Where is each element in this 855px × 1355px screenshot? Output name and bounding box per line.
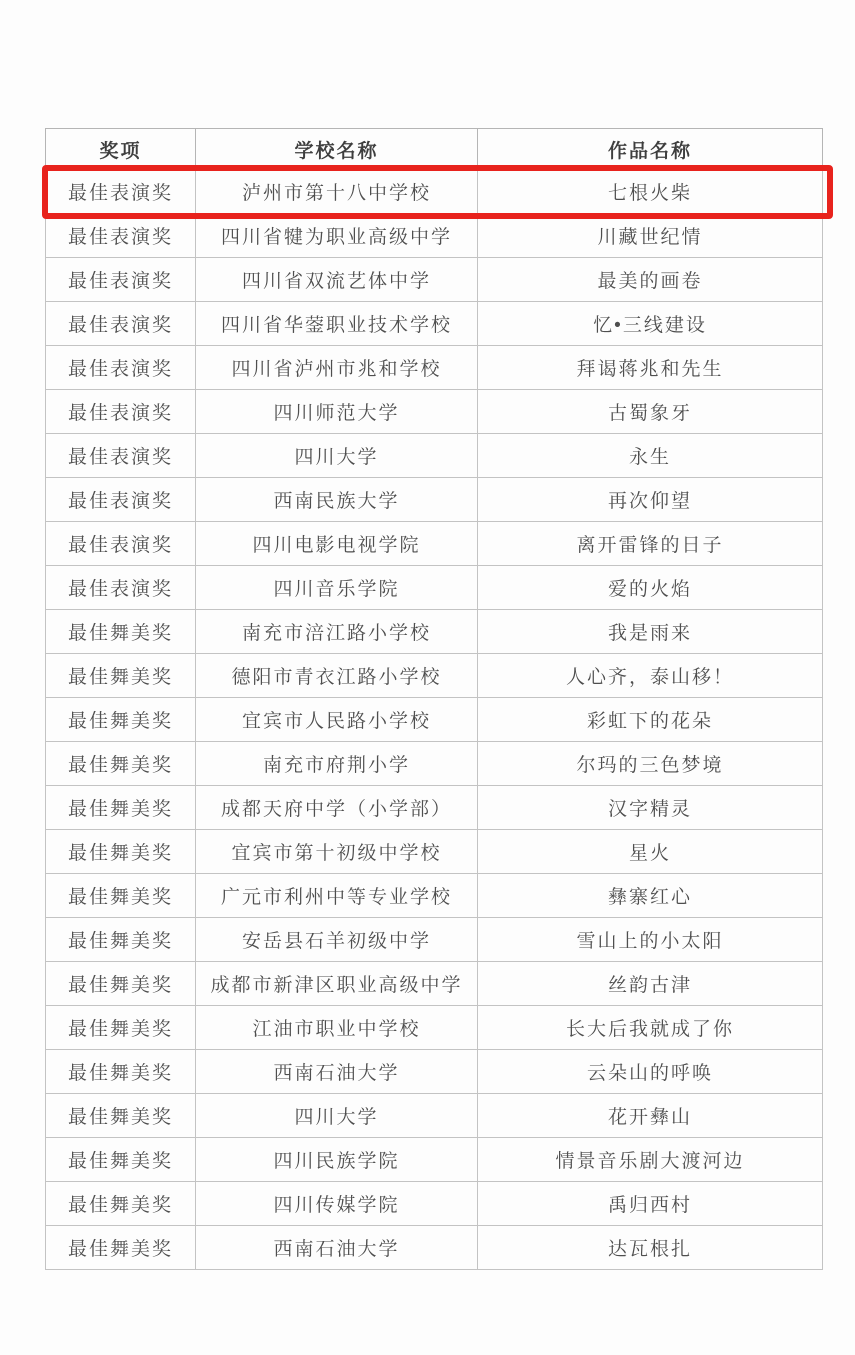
award-cell: 最佳舞美奖	[46, 874, 196, 918]
award-cell: 最佳舞美奖	[46, 698, 196, 742]
award-cell: 最佳舞美奖	[46, 742, 196, 786]
work-cell: 情景音乐剧大渡河边	[478, 1138, 823, 1182]
award-cell: 最佳舞美奖	[46, 1050, 196, 1094]
award-cell: 最佳舞美奖	[46, 1226, 196, 1270]
work-cell: 达瓦根扎	[478, 1226, 823, 1270]
table-row: 最佳表演奖 四川省双流艺体中学 最美的画卷	[46, 258, 823, 302]
school-cell: 南充市涪江路小学校	[196, 610, 478, 654]
award-cell: 最佳表演奖	[46, 258, 196, 302]
table-row: 最佳舞美奖 宜宾市第十初级中学校 星火	[46, 830, 823, 874]
school-cell: 四川省泸州市兆和学校	[196, 346, 478, 390]
work-cell: 彩虹下的花朵	[478, 698, 823, 742]
table-row: 最佳表演奖 四川省犍为职业高级中学 川藏世纪情	[46, 214, 823, 258]
school-cell: 成都天府中学（小学部）	[196, 786, 478, 830]
table-row: 最佳舞美奖 四川民族学院 情景音乐剧大渡河边	[46, 1138, 823, 1182]
award-cell: 最佳表演奖	[46, 170, 196, 214]
awards-table: 奖项 学校名称 作品名称 最佳表演奖 泸州市第十八中学校 七根火柴 最佳表演奖 …	[45, 128, 823, 1270]
award-cell: 最佳表演奖	[46, 214, 196, 258]
work-cell: 人心齐，泰山移！	[478, 654, 823, 698]
school-cell: 四川大学	[196, 1094, 478, 1138]
award-cell: 最佳舞美奖	[46, 962, 196, 1006]
school-cell: 四川民族学院	[196, 1138, 478, 1182]
school-cell: 江油市职业中学校	[196, 1006, 478, 1050]
table-row: 最佳表演奖 泸州市第十八中学校 七根火柴	[46, 170, 823, 214]
header-work: 作品名称	[478, 129, 823, 170]
school-cell: 德阳市青衣江路小学校	[196, 654, 478, 698]
table-row: 最佳表演奖 四川省华蓥职业技术学校 忆•三线建设	[46, 302, 823, 346]
awards-table-container: 奖项 学校名称 作品名称 最佳表演奖 泸州市第十八中学校 七根火柴 最佳表演奖 …	[45, 128, 822, 1270]
table-body: 最佳表演奖 泸州市第十八中学校 七根火柴 最佳表演奖 四川省犍为职业高级中学 川…	[46, 170, 823, 1270]
work-cell: 尔玛的三色梦境	[478, 742, 823, 786]
header-row: 奖项 学校名称 作品名称	[46, 129, 823, 170]
table-row: 最佳表演奖 西南民族大学 再次仰望	[46, 478, 823, 522]
award-cell: 最佳表演奖	[46, 434, 196, 478]
award-cell: 最佳表演奖	[46, 390, 196, 434]
award-cell: 最佳表演奖	[46, 478, 196, 522]
table-row: 最佳表演奖 四川大学 永生	[46, 434, 823, 478]
school-cell: 西南石油大学	[196, 1226, 478, 1270]
work-cell: 离开雷锋的日子	[478, 522, 823, 566]
school-cell: 四川音乐学院	[196, 566, 478, 610]
school-cell: 四川省双流艺体中学	[196, 258, 478, 302]
table-row: 最佳舞美奖 四川传媒学院 禹归西村	[46, 1182, 823, 1226]
work-cell: 七根火柴	[478, 170, 823, 214]
award-cell: 最佳舞美奖	[46, 1182, 196, 1226]
award-cell: 最佳舞美奖	[46, 654, 196, 698]
school-cell: 四川传媒学院	[196, 1182, 478, 1226]
school-cell: 四川大学	[196, 434, 478, 478]
school-cell: 成都市新津区职业高级中学	[196, 962, 478, 1006]
header-award: 奖项	[46, 129, 196, 170]
work-cell: 我是雨来	[478, 610, 823, 654]
work-cell: 拜谒蒋兆和先生	[478, 346, 823, 390]
table-row: 最佳表演奖 四川音乐学院 爱的火焰	[46, 566, 823, 610]
school-cell: 广元市利州中等专业学校	[196, 874, 478, 918]
award-cell: 最佳舞美奖	[46, 1138, 196, 1182]
table-row: 最佳舞美奖 南充市涪江路小学校 我是雨来	[46, 610, 823, 654]
header-school: 学校名称	[196, 129, 478, 170]
table-row: 最佳舞美奖 安岳县石羊初级中学 雪山上的小太阳	[46, 918, 823, 962]
work-cell: 星火	[478, 830, 823, 874]
work-cell: 爱的火焰	[478, 566, 823, 610]
work-cell: 忆•三线建设	[478, 302, 823, 346]
work-cell: 再次仰望	[478, 478, 823, 522]
work-cell: 古蜀象牙	[478, 390, 823, 434]
school-cell: 四川省犍为职业高级中学	[196, 214, 478, 258]
school-cell: 安岳县石羊初级中学	[196, 918, 478, 962]
award-cell: 最佳表演奖	[46, 522, 196, 566]
work-cell: 禹归西村	[478, 1182, 823, 1226]
work-cell: 川藏世纪情	[478, 214, 823, 258]
work-cell: 汉字精灵	[478, 786, 823, 830]
table-row: 最佳舞美奖 西南石油大学 云朵山的呼唤	[46, 1050, 823, 1094]
work-cell: 雪山上的小太阳	[478, 918, 823, 962]
table-row: 最佳舞美奖 南充市府荆小学 尔玛的三色梦境	[46, 742, 823, 786]
work-cell: 彝寨红心	[478, 874, 823, 918]
school-cell: 四川省华蓥职业技术学校	[196, 302, 478, 346]
work-cell: 永生	[478, 434, 823, 478]
table-row: 最佳舞美奖 成都市新津区职业高级中学 丝韵古津	[46, 962, 823, 1006]
award-cell: 最佳表演奖	[46, 346, 196, 390]
table-row: 最佳舞美奖 广元市利州中等专业学校 彝寨红心	[46, 874, 823, 918]
table-row: 最佳舞美奖 成都天府中学（小学部） 汉字精灵	[46, 786, 823, 830]
work-cell: 云朵山的呼唤	[478, 1050, 823, 1094]
school-cell: 四川电影电视学院	[196, 522, 478, 566]
school-cell: 西南石油大学	[196, 1050, 478, 1094]
work-cell: 花开彝山	[478, 1094, 823, 1138]
school-cell: 宜宾市人民路小学校	[196, 698, 478, 742]
table-row: 最佳舞美奖 四川大学 花开彝山	[46, 1094, 823, 1138]
table-row: 最佳舞美奖 江油市职业中学校 长大后我就成了你	[46, 1006, 823, 1050]
work-cell: 最美的画卷	[478, 258, 823, 302]
table-row: 最佳舞美奖 德阳市青衣江路小学校 人心齐，泰山移！	[46, 654, 823, 698]
table-header: 奖项 学校名称 作品名称	[46, 129, 823, 170]
table-row: 最佳表演奖 四川省泸州市兆和学校 拜谒蒋兆和先生	[46, 346, 823, 390]
award-cell: 最佳舞美奖	[46, 918, 196, 962]
award-cell: 最佳表演奖	[46, 302, 196, 346]
award-cell: 最佳表演奖	[46, 566, 196, 610]
table-row: 最佳舞美奖 宜宾市人民路小学校 彩虹下的花朵	[46, 698, 823, 742]
school-cell: 泸州市第十八中学校	[196, 170, 478, 214]
school-cell: 四川师范大学	[196, 390, 478, 434]
school-cell: 西南民族大学	[196, 478, 478, 522]
table-row: 最佳舞美奖 西南石油大学 达瓦根扎	[46, 1226, 823, 1270]
work-cell: 长大后我就成了你	[478, 1006, 823, 1050]
table-row: 最佳表演奖 四川电影电视学院 离开雷锋的日子	[46, 522, 823, 566]
award-cell: 最佳舞美奖	[46, 786, 196, 830]
table-row: 最佳表演奖 四川师范大学 古蜀象牙	[46, 390, 823, 434]
school-cell: 南充市府荆小学	[196, 742, 478, 786]
award-cell: 最佳舞美奖	[46, 830, 196, 874]
work-cell: 丝韵古津	[478, 962, 823, 1006]
award-cell: 最佳舞美奖	[46, 610, 196, 654]
school-cell: 宜宾市第十初级中学校	[196, 830, 478, 874]
award-cell: 最佳舞美奖	[46, 1094, 196, 1138]
award-cell: 最佳舞美奖	[46, 1006, 196, 1050]
